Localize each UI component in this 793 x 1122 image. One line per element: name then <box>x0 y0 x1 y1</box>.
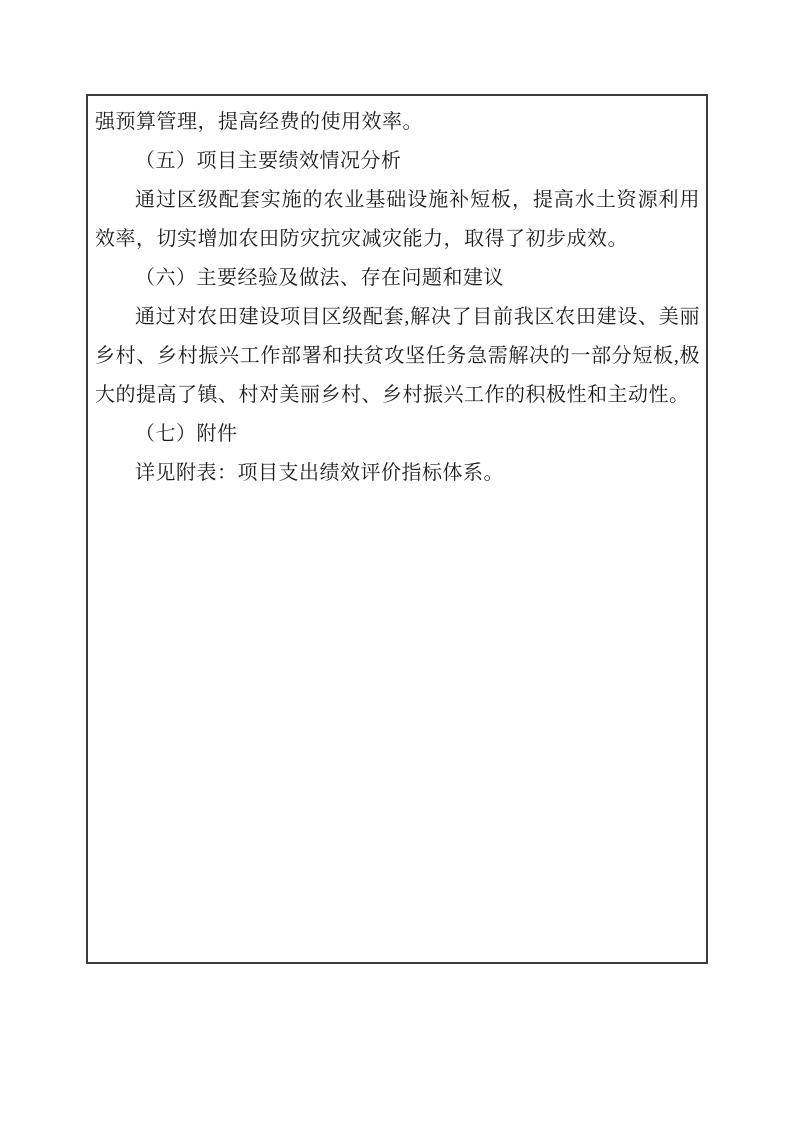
paragraph: 通过对农田建设项目区级配套,解决了目前我区农田建设、美丽乡村、乡村振兴工作部署和… <box>95 298 700 415</box>
paragraph: （六）主要经验及做法、存在问题和建议 <box>95 259 700 298</box>
paragraph: 详见附表：项目支出绩效评价指标体系。 <box>95 454 700 493</box>
report-text-cell: 强预算管理，提高经费的使用效率。（五）项目主要绩效情况分析通过区级配套实施的农业… <box>86 94 708 964</box>
paragraph: 通过区级配套实施的农业基础设施补短板，提高水土资源利用效率，切实增加农田防灾抗灾… <box>95 181 700 259</box>
paragraph: （五）项目主要绩效情况分析 <box>95 142 700 181</box>
paragraph: 强预算管理，提高经费的使用效率。 <box>95 103 700 142</box>
paragraph: （七）附件 <box>95 415 700 454</box>
